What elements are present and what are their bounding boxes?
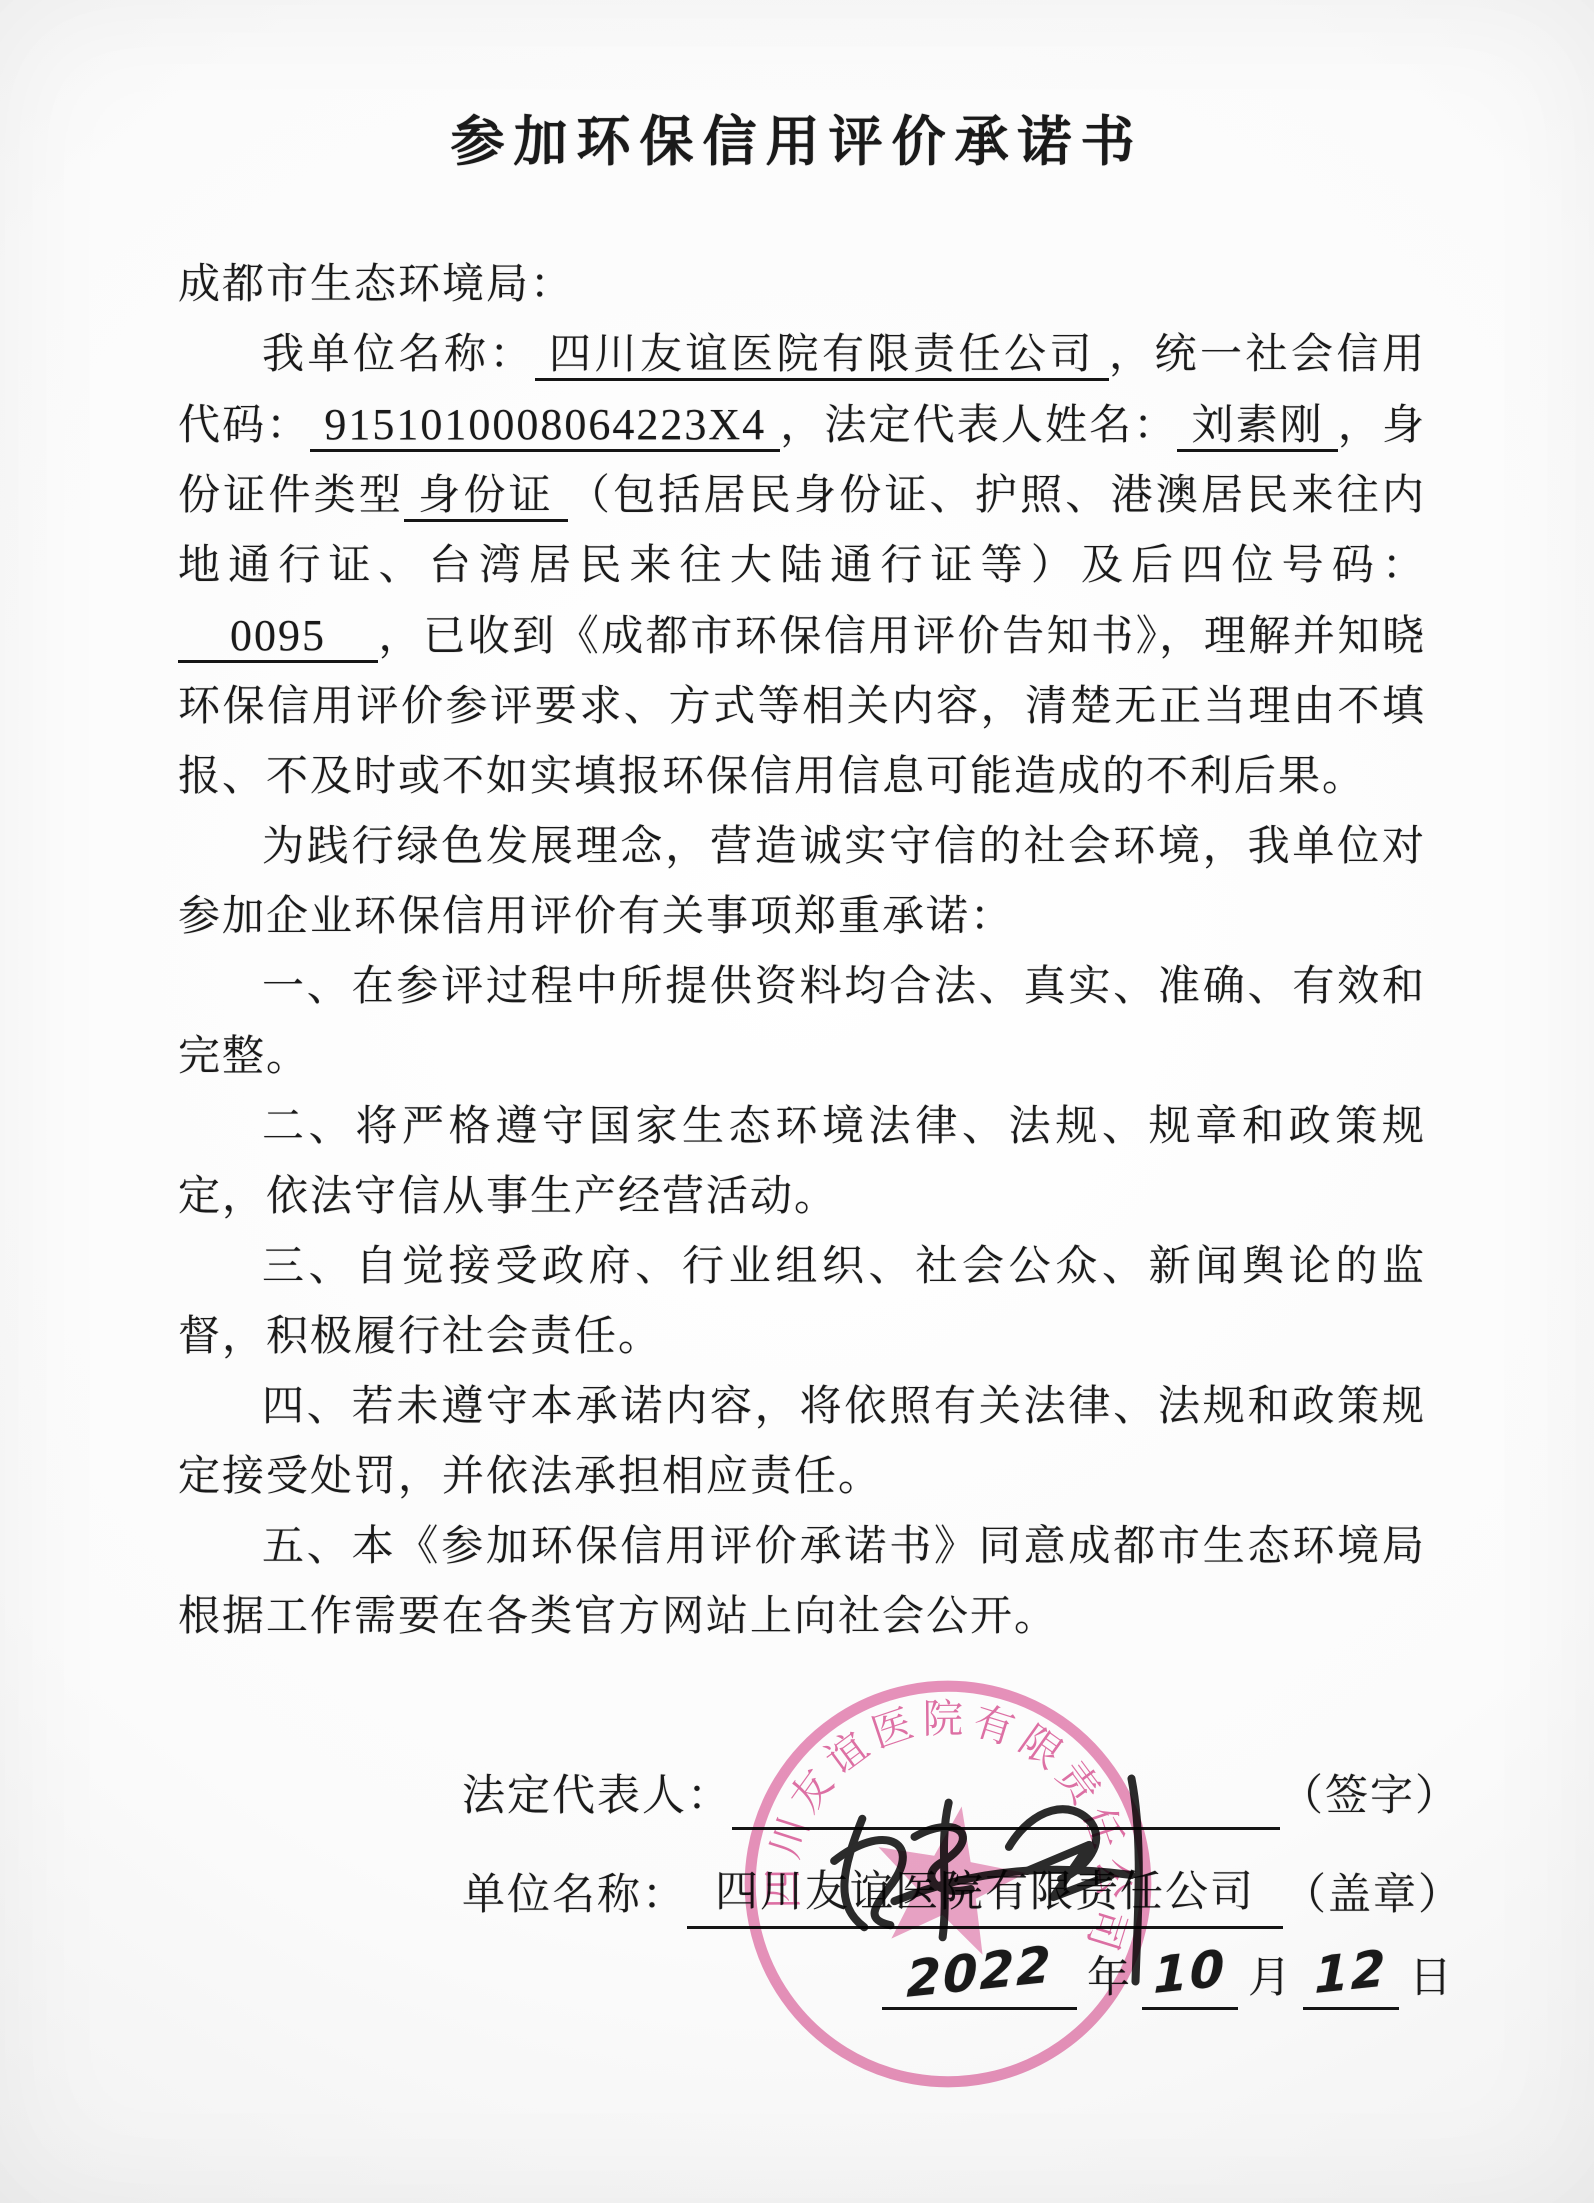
pledge-item-1: 一、在参评过程中所提供资料均合法、真实、准确、有效和完整。 [178, 952, 1426, 1092]
handwritten-signature [798, 1748, 1250, 2000]
legal-rep-label: 法定代表人： [462, 1764, 732, 1830]
blank-id-last4: 0095 [178, 611, 378, 663]
intro-paragraph: 我单位名称：四川友谊医院有限责任公司，统一社会信用代码：915101000806… [178, 320, 1426, 812]
pledge-intro: 为践行绿色发展理念，营造诚实守信的社会环境，我单位对参加企业环保信用评价有关事项… [178, 812, 1426, 952]
document-page: 参加环保信用评价承诺书 成都市生态环境局： 我单位名称：四川友谊医院有限责任公司… [0, 0, 1594, 2203]
document-title: 参加环保信用评价承诺书 [0, 96, 1594, 188]
pledge-item-5: 五、本《参加环保信用评价承诺书》同意成都市生态环境局根据工作需要在各类官方网站上… [178, 1512, 1426, 1652]
pledge-item-4: 四、若未遵守本承诺内容，将依照有关法律、法规和政策规定接受处罚，并依法承担相应责… [178, 1372, 1426, 1512]
date-month-unit: 月 [1248, 1948, 1293, 2010]
blank-company-name: 四川友谊医院有限责任公司 [535, 332, 1109, 381]
company-name-label: 单位名称： [462, 1863, 687, 1929]
blank-legal-rep-name: 刘素刚 [1177, 403, 1337, 452]
date-day-value: 12 [1314, 1942, 1387, 2002]
blank-id-type: 身份证 [404, 473, 568, 522]
date-day-blank: 12 [1303, 1945, 1399, 2010]
date-day-unit: 日 [1409, 1948, 1454, 2010]
pledge-item-2: 二、将严格遵守国家生态环境法律、法规、规章和政策规定，依法守信从事生产经营活动。 [178, 1092, 1426, 1232]
salutation: 成都市生态环境局： [178, 250, 1426, 320]
blank-credit-code: 9151010008064223X4 [310, 400, 780, 452]
document-body: 成都市生态环境局： 我单位名称：四川友谊医院有限责任公司，统一社会信用代码：91… [178, 250, 1426, 1652]
sign-note: （签字） [1280, 1764, 1460, 1830]
pledge-item-3: 三、自觉接受政府、行业组织、社会公众、新闻舆论的监督，积极履行社会责任。 [178, 1232, 1426, 1372]
intro-lead: 我单位名称： [262, 332, 535, 378]
intro-after-code: ，法定代表人姓名： [780, 403, 1177, 449]
seal-note: （盖章） [1283, 1863, 1463, 1929]
